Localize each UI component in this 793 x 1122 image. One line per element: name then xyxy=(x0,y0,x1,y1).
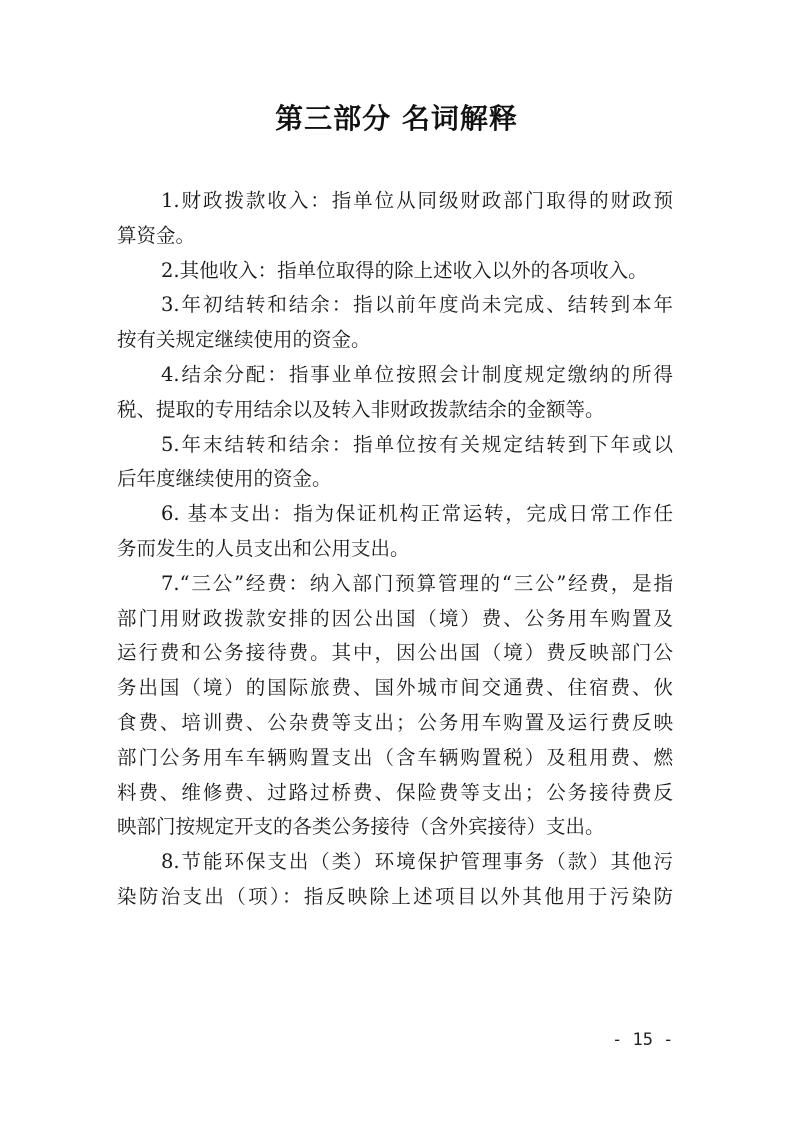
paragraph-1-line-2: 算资金。 xyxy=(117,219,673,254)
paragraph-7-line-8: 映部门按规定开支的各类公务接待（含外宾接待）支出。 xyxy=(117,810,673,845)
paragraph-7-line-2: 部门用财政拨款安排的因公出国（境）费、公务用车购置及 xyxy=(117,602,673,637)
paragraph-3-line-2: 按有关规定继续使用的资金。 xyxy=(117,323,673,358)
paragraph-4-line-1: 4.结余分配：指事业单位按照会计制度规定缴纳的所得 xyxy=(117,358,673,393)
paragraph-5-line-2: 后年度继续使用的资金。 xyxy=(117,462,673,497)
paragraph-6-line-1: 6. 基本支出：指为保证机构正常运转，完成日常工作任 xyxy=(117,497,673,532)
paragraph-8-line-2: 染防治支出（项）：指反映除上述项目以外其他用于污染防 xyxy=(117,880,673,915)
document-page: 第三部分 名词解释 1.财政拨款收入：指单位从同级财政部门取得的财政预 算资金。… xyxy=(0,0,793,1122)
paragraph-2-line-1: 2.其他收入：指单位取得的除上述收入以外的各项收入。 xyxy=(117,254,673,289)
paragraph-7-line-6: 部门公务用车车辆购置支出（含车辆购置税）及租用费、燃 xyxy=(117,741,673,776)
paragraph-7-line-4: 务出国（境）的国际旅费、国外城市间交通费、住宿费、伙 xyxy=(117,671,673,706)
definitions-body: 1.财政拨款收入：指单位从同级财政部门取得的财政预 算资金。 2.其他收入：指单… xyxy=(117,184,673,915)
paragraph-7-line-3: 运行费和公务接待费。其中，因公出国（境）费反映部门公 xyxy=(117,636,673,671)
paragraph-7-line-5: 食费、培训费、公杂费等支出；公务用车购置及运行费反映 xyxy=(117,706,673,741)
paragraph-8-line-1: 8.节能环保支出（类）环境保护管理事务（款）其他污 xyxy=(117,845,673,880)
paragraph-7-line-1: 7.“三公”经费：纳入部门预算管理的“三公”经费，是指 xyxy=(117,567,673,602)
paragraph-5-line-1: 5.年末结转和结余：指单位按有关规定结转到下年或以 xyxy=(117,428,673,463)
paragraph-1-line-1: 1.财政拨款收入：指单位从同级财政部门取得的财政预 xyxy=(117,184,673,219)
page-number: - 15 - xyxy=(612,1030,673,1050)
paragraph-6-line-2: 务而发生的人员支出和公用支出。 xyxy=(117,532,673,567)
page-title: 第三部分 名词解释 xyxy=(0,97,793,137)
paragraph-4-line-2: 税、提取的专用结余以及转入非财政拨款结余的金额等。 xyxy=(117,393,673,428)
paragraph-7-line-7: 料费、维修费、过路过桥费、保险费等支出；公务接待费反 xyxy=(117,776,673,811)
paragraph-3-line-1: 3.年初结转和结余：指以前年度尚未完成、结转到本年 xyxy=(117,288,673,323)
